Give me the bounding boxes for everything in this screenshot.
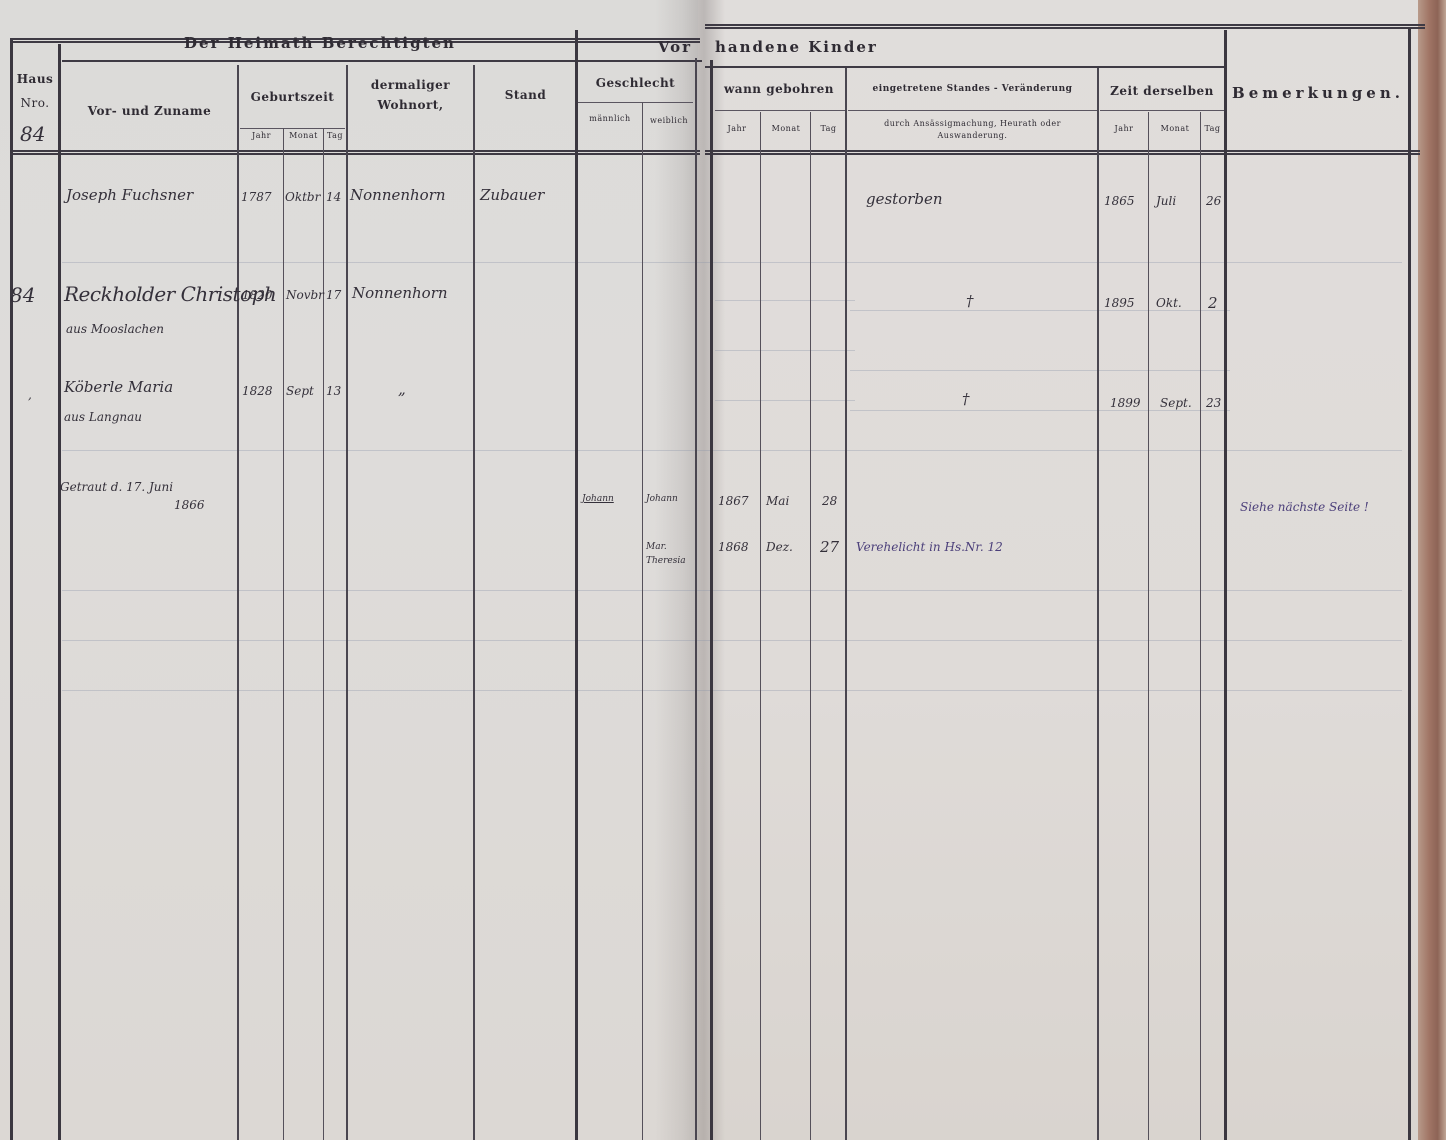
- col-male-right: [642, 102, 643, 1140]
- death-cross-icon: †: [966, 292, 974, 310]
- col-birth-right: [346, 65, 348, 1140]
- label-birth-monat: Monat: [284, 131, 323, 140]
- col-born-left: [710, 60, 713, 1140]
- change-month: Sept.: [1160, 396, 1192, 410]
- label-wann-gebohren: wann gebohren: [714, 82, 844, 96]
- col-residence-right: [473, 65, 475, 1140]
- label-born-monat: Monat: [762, 124, 810, 133]
- change-day: 2: [1208, 294, 1218, 312]
- child-birth-year: 1867: [718, 494, 749, 508]
- entry-birth-year: 1828: [242, 384, 273, 398]
- label-vor-und-zuname: Vor- und Zuname: [62, 104, 237, 118]
- header-bottom-rule: [10, 150, 700, 155]
- header-bottom-rule-right: [705, 150, 1420, 155]
- sex-sub-rule: [578, 102, 693, 103]
- ruled-line: [715, 300, 855, 301]
- haus-number: 84: [20, 122, 45, 146]
- book-gutter: [655, 0, 725, 1140]
- col-time-month-right: [1200, 112, 1201, 1140]
- entry-birth-month: Oktbr: [285, 190, 320, 204]
- child-birth-month: Mai: [766, 494, 789, 508]
- marriage-note: Getraut d. 17. Juni: [60, 480, 173, 494]
- col-born-month-right: [810, 112, 811, 1140]
- child-birth-day: 28: [822, 494, 837, 508]
- remarks-entry: Siehe nächste Seite !: [1240, 500, 1369, 514]
- birth-sub-rule: [240, 128, 345, 129]
- col-year-right: [283, 128, 284, 1140]
- entry-birth-day: 17: [326, 288, 341, 302]
- title-heimath-berechtigten: Der Heimath Berechtigten: [180, 34, 460, 52]
- col-change-right: [1097, 68, 1099, 1140]
- col-haus-right: [58, 44, 61, 1140]
- time-sub-rule: [1100, 110, 1225, 111]
- ruled-line: [62, 690, 1402, 691]
- col-month-right: [323, 128, 324, 1140]
- left-page: [0, 0, 705, 1140]
- header-sub-rule-right: [705, 66, 1225, 68]
- marriage-year: 1866: [174, 498, 205, 512]
- death-cross-icon: †: [962, 390, 970, 408]
- ruled-line: [62, 450, 1402, 451]
- change-year: 1899: [1110, 396, 1141, 410]
- entry-birth-year: 1787: [241, 190, 272, 204]
- label-geschlecht: Geschlecht: [578, 76, 693, 90]
- entry-haus-number: 84: [10, 283, 35, 307]
- ruled-line: [62, 640, 1402, 641]
- change-year: 1865: [1104, 194, 1135, 208]
- ruled-line: [850, 410, 1230, 411]
- label-time-tag: Tag: [1201, 124, 1224, 133]
- label-dermaliger: dermaliger: [348, 78, 473, 92]
- entry-residence: Nonnenhorn: [352, 284, 448, 302]
- change-day: 23: [1206, 396, 1221, 410]
- born-sub-rule: [715, 110, 845, 111]
- col-time-right: [1224, 30, 1227, 1140]
- label-maennlich: männlich: [578, 114, 642, 123]
- change-entry: gestorben: [866, 190, 943, 208]
- child-female-name-2: Mar. Theresia: [646, 540, 696, 568]
- header-sub-rule: [62, 60, 702, 62]
- col-stand-right: [575, 30, 578, 1140]
- label-birth-jahr: Jahr: [240, 131, 283, 140]
- change-day: 26: [1206, 194, 1221, 208]
- label-zeit-derselben: Zeit derselben: [1100, 84, 1224, 98]
- child-birth-year: 1868: [718, 540, 749, 554]
- label-bemerkungen: Bemerkungen.: [1228, 84, 1408, 102]
- entry-birth-month: Sept: [286, 384, 314, 398]
- left-page-right-border: [695, 58, 697, 1140]
- ruled-line: [715, 400, 855, 401]
- child-female-name: Johann: [646, 494, 678, 504]
- header-top-rule-right: [705, 24, 1425, 29]
- entry-stand: Zubauer: [480, 186, 544, 204]
- child-birth-day: 27: [820, 538, 839, 556]
- label-born-jahr: Jahr: [714, 124, 760, 133]
- change-year: 1895: [1104, 296, 1135, 310]
- col-name-right: [237, 65, 239, 1140]
- label-standes-veraenderung: eingetretene Standes - Veränderung: [848, 84, 1097, 94]
- entry-birth-day: 13: [326, 384, 341, 398]
- label-geburtszeit: Geburtszeit: [240, 90, 345, 104]
- title-handene-kinder: handene Kinder: [715, 38, 865, 56]
- change-sub-rule: [848, 110, 1098, 111]
- child-birth-month: Dez.: [766, 540, 793, 554]
- label-wohnort: Wohnort,: [348, 98, 473, 112]
- entry-residence-ditto: „: [398, 380, 406, 398]
- title-vor: Vor: [655, 38, 695, 56]
- child-male-name: Johann: [582, 494, 614, 504]
- col-born-right: [845, 68, 847, 1140]
- entry-birth-year: 1820: [242, 288, 273, 302]
- entry-haus-ditto: ,: [28, 388, 32, 402]
- entry-birth-day: 14: [326, 190, 341, 204]
- ruled-line: [62, 262, 1402, 263]
- change-month: Juli: [1156, 194, 1176, 208]
- entry-birth-month: Novbr: [286, 288, 324, 302]
- right-border: [1408, 28, 1411, 1140]
- label-haus: Haus: [12, 72, 58, 86]
- left-border: [10, 40, 13, 1140]
- label-change-sub: durch Ansässigmachung, Heurath oder Ausw…: [860, 118, 1085, 142]
- label-nro: Nro.: [12, 96, 58, 110]
- label-born-tag: Tag: [812, 124, 845, 133]
- label-birth-tag: Tag: [324, 131, 346, 140]
- label-weiblich: weiblich: [643, 116, 695, 125]
- ruled-line: [715, 350, 855, 351]
- change-month: Okt.: [1156, 296, 1182, 310]
- label-time-jahr: Jahr: [1100, 124, 1148, 133]
- label-time-monat: Monat: [1150, 124, 1200, 133]
- label-stand: Stand: [476, 88, 575, 102]
- book-edge: [1418, 0, 1446, 1140]
- entry-name: Joseph Fuchsner: [66, 186, 193, 204]
- entry-name-origin: aus Langnau: [64, 410, 142, 424]
- entry-residence: Nonnenhorn: [350, 186, 446, 204]
- entry-name: Köberle Maria: [64, 378, 173, 396]
- entry-name-origin: aus Mooslachen: [66, 322, 164, 336]
- col-born-year-right: [760, 112, 761, 1140]
- ruled-line: [850, 370, 1230, 371]
- change-entry-married: Verehelicht in Hs.Nr. 12: [856, 540, 1003, 554]
- ruled-line: [850, 310, 1230, 311]
- ruled-line: [62, 590, 1402, 591]
- col-time-year-right: [1148, 112, 1149, 1140]
- right-page: [698, 0, 1433, 1140]
